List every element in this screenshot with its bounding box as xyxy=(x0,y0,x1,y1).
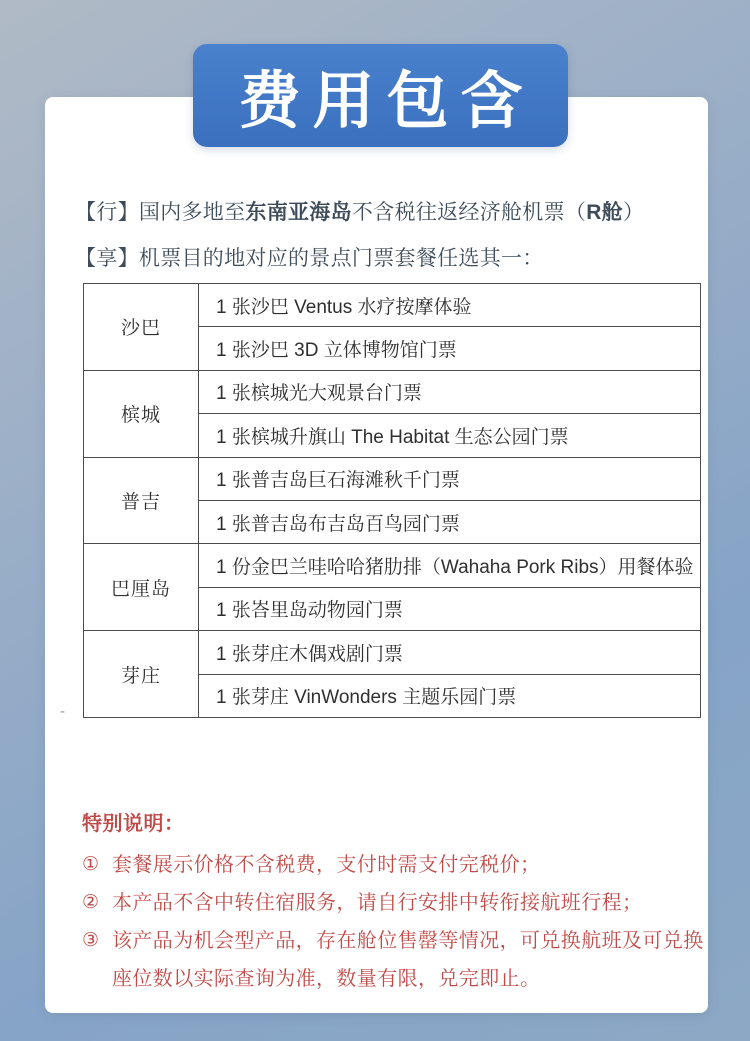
circled-1-icon: ① xyxy=(82,846,112,884)
stray-dash-artifact: - xyxy=(60,703,65,720)
note-text-line-2: 座位数以实际查询为准，数量有限，兑完即止。 xyxy=(112,960,704,998)
ticket-cell: 1 张沙巴 3D 立体博物馆门票 xyxy=(199,327,701,370)
intro-flight-middle: 不含税往返经济舱机票（ xyxy=(352,201,586,224)
table-row: 沙巴 1 张沙巴 Ventus 水疗按摩体验 xyxy=(84,284,701,327)
ticket-cell: 1 张普吉岛布吉岛百鸟园门票 xyxy=(199,500,701,543)
ticket-cell: 1 张芽庄 VinWonders 主题乐园门票 xyxy=(199,674,701,717)
table-row: 芽庄 1 张芽庄木偶戏剧门票 xyxy=(84,631,701,674)
promo-page: 费用包含 【行】国内多地至东南亚海岛不含税往返经济舱机票（R舱） 【享】机票目的… xyxy=(0,0,750,1041)
note-item-3: ③ 该产品为机会型产品，存在舱位售罄等情况，可兑换航班及可兑换 座位数以实际查询… xyxy=(82,922,704,998)
destination-cell-penang: 槟城 xyxy=(84,370,199,457)
ticket-cell: 1 张普吉岛巨石海滩秋千门票 xyxy=(199,457,701,500)
special-notes-list: ① 套餐展示价格不含税费，支付时需支付完税价； ② 本产品不含中转住宿服务，请自… xyxy=(82,846,704,998)
intro-benefit-line: 【享】机票目的地对应的景点门票套餐任选其一： xyxy=(75,242,544,272)
ticket-cell: 1 张槟城升旗山 The Habitat 生态公园门票 xyxy=(199,414,701,457)
note-text-wrap: 该产品为机会型产品，存在舱位售罄等情况，可兑换航班及可兑换 座位数以实际查询为准… xyxy=(112,922,704,998)
ticket-package-table: 沙巴 1 张沙巴 Ventus 水疗按摩体验 1 张沙巴 3D 立体博物馆门票 … xyxy=(83,283,701,718)
banner-title: 费用包含 xyxy=(238,51,534,140)
note-text: 套餐展示价格不含税费，支付时需支付完税价； xyxy=(112,846,540,884)
note-text: 本产品不含中转住宿服务，请自行安排中转衔接航班行程； xyxy=(112,884,642,922)
table-row: 普吉 1 张普吉岛巨石海滩秋千门票 xyxy=(84,457,701,500)
ticket-cell: 1 张峇里岛动物园门票 xyxy=(199,587,701,630)
circled-2-icon: ② xyxy=(82,884,112,922)
intro-flight-line: 【行】国内多地至东南亚海岛不含税往返经济舱机票（R舱） xyxy=(75,196,644,226)
note-text-line-1: 该产品为机会型产品，存在舱位售罄等情况，可兑换航班及可兑换 xyxy=(112,922,704,960)
special-notes-title: 特别说明： xyxy=(82,807,185,836)
table-row: 巴厘岛 1 份金巴兰哇哈哈猪肋排（Wahaha Pork Ribs）用餐体验 xyxy=(84,544,701,587)
section-banner: 费用包含 xyxy=(193,44,568,147)
intro-flight-prefix: 【行】国内多地至 xyxy=(75,201,245,224)
destination-cell-sabah: 沙巴 xyxy=(84,284,199,371)
ticket-cell: 1 张沙巴 Ventus 水疗按摩体验 xyxy=(199,284,701,327)
destination-cell-bali: 巴厘岛 xyxy=(84,544,199,631)
table-row: 槟城 1 张槟城光大观景台门票 xyxy=(84,370,701,413)
content-card: 【行】国内多地至东南亚海岛不含税往返经济舱机票（R舱） 【享】机票目的地对应的景… xyxy=(45,97,708,1013)
intro-flight-cabin-bold: R舱 xyxy=(586,201,623,224)
ticket-cell: 1 张芽庄木偶戏剧门票 xyxy=(199,631,701,674)
intro-flight-destination-bold: 东南亚海岛 xyxy=(245,201,352,224)
ticket-cell: 1 份金巴兰哇哈哈猪肋排（Wahaha Pork Ribs）用餐体验 xyxy=(199,544,701,587)
note-item-1: ① 套餐展示价格不含税费，支付时需支付完税价； xyxy=(82,846,704,884)
circled-3-icon: ③ xyxy=(82,922,112,960)
intro-flight-suffix: ） xyxy=(623,201,644,224)
ticket-cell: 1 张槟城光大观景台门票 xyxy=(199,370,701,413)
note-item-2: ② 本产品不含中转住宿服务，请自行安排中转衔接航班行程； xyxy=(82,884,704,922)
destination-cell-phuket: 普吉 xyxy=(84,457,199,544)
destination-cell-nhatrang: 芽庄 xyxy=(84,631,199,718)
